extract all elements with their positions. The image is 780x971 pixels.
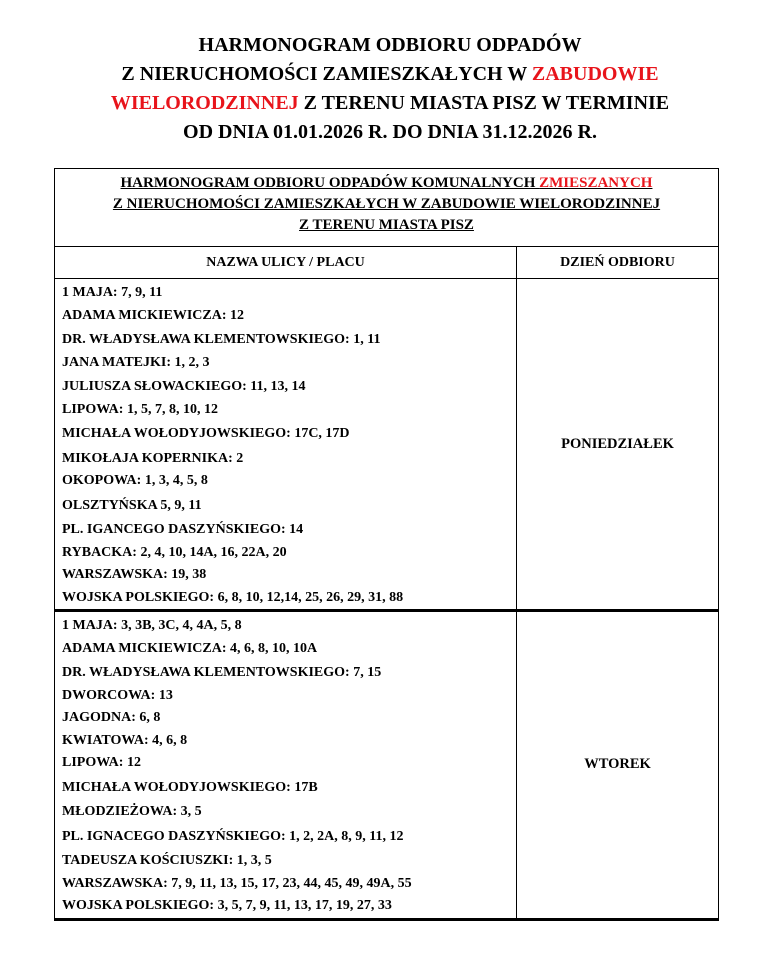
street-entry: DR. WŁADYSŁAWA KLEMENTOWSKIEGO: 1, 11 (62, 329, 516, 352)
collection-day: WTOREK (517, 611, 719, 920)
title-line-1: HARMONOGRAM ODBIORU ODPADÓW (0, 31, 780, 60)
street-entry: JAGODNA: 6, 8 (62, 707, 516, 730)
street-list: 1 MAJA: 7, 9, 11ADAMA MICKIEWICZA: 12DR.… (55, 279, 517, 611)
table-row: 1 MAJA: 3, 3B, 3C, 4, 4A, 5, 8ADAMA MICK… (55, 611, 719, 920)
street-entry: MŁODZIEŻOWA: 3, 5 (62, 801, 516, 824)
title-line-3: WIELORODZINNEJ Z TERENU MIASTA PISZ W TE… (0, 89, 780, 118)
schedule-table: HARMONOGRAM ODBIORU ODPADÓW KOMUNALNYCH … (54, 168, 719, 921)
street-entry: PL. IGNACEGO DASZYŃSKIEGO: 1, 2, 2A, 8, … (62, 826, 516, 849)
street-entry: MICHAŁA WOŁODYJOWSKIEGO: 17B (62, 777, 516, 800)
street-entry: 1 MAJA: 7, 9, 11 (62, 282, 516, 305)
street-list: 1 MAJA: 3, 3B, 3C, 4, 4A, 5, 8ADAMA MICK… (55, 611, 517, 920)
street-entry: MICHAŁA WOŁODYJOWSKIEGO: 17C, 17D (62, 423, 516, 446)
caption-line-1: HARMONOGRAM ODBIORU ODPADÓW KOMUNALNYCH … (55, 173, 718, 194)
column-header-day: DZIEŃ ODBIORU (517, 247, 719, 279)
street-entry: RYBACKA: 2, 4, 10, 14A, 16, 22A, 20 (62, 542, 516, 565)
title-line-2: Z NIERUCHOMOŚCI ZAMIESZKAŁYCH W ZABUDOWI… (0, 60, 780, 89)
street-entry: LIPOWA: 1, 5, 7, 8, 10, 12 (62, 399, 516, 422)
caption-text: HARMONOGRAM ODBIORU ODPADÓW KOMUNALNYCH (121, 175, 540, 191)
title-highlight: WIELORODZINNEJ (111, 92, 299, 114)
street-entry: MIKOŁAJA KOPERNIKA: 2 (62, 448, 516, 471)
street-entry: WOJSKA POLSKIEGO: 3, 5, 7, 9, 11, 13, 17… (62, 895, 516, 918)
street-entry: JULIUSZA SŁOWACKIEGO: 11, 13, 14 (62, 376, 516, 399)
caption-line-2: Z NIERUCHOMOŚCI ZAMIESZKAŁYCH W ZABUDOWI… (55, 194, 718, 215)
street-entry: ADAMA MICKIEWICZA: 12 (62, 305, 516, 328)
title-text: Z TERENU MIASTA PISZ W TERMINIE (299, 92, 669, 114)
caption-line-3: Z TERENU MIASTA PISZ (55, 215, 718, 236)
street-entry: JANA MATEJKI: 1, 2, 3 (62, 352, 516, 375)
street-entry: DWORCOWA: 13 (62, 685, 516, 708)
column-header-street: NAZWA ULICY / PLACU (55, 247, 517, 279)
title-highlight: ZABUDOWIE (532, 63, 659, 85)
caption-highlight: ZMIESZANYCH (539, 175, 652, 191)
table-caption: HARMONOGRAM ODBIORU ODPADÓW KOMUNALNYCH … (55, 169, 719, 247)
street-entry: WARSZAWSKA: 7, 9, 11, 13, 15, 17, 23, 44… (62, 873, 516, 896)
title-text: Z NIERUCHOMOŚCI ZAMIESZKAŁYCH W (121, 63, 531, 85)
street-entry: OLSZTYŃSKA 5, 9, 11 (62, 495, 516, 518)
title-date-range: OD DNIA 01.01.2026 R. DO DNIA 31.12.2026… (0, 118, 780, 147)
street-entry: 1 MAJA: 3, 3B, 3C, 4, 4A, 5, 8 (62, 615, 516, 638)
street-entry: TADEUSZA KOŚCIUSZKI: 1, 3, 5 (62, 850, 516, 873)
street-entry: KWIATOWA: 4, 6, 8 (62, 730, 516, 753)
table-row: 1 MAJA: 7, 9, 11ADAMA MICKIEWICZA: 12DR.… (55, 279, 719, 611)
street-entry: ADAMA MICKIEWICZA: 4, 6, 8, 10, 10A (62, 638, 516, 661)
street-entry: DR. WŁADYSŁAWA KLEMENTOWSKIEGO: 7, 15 (62, 662, 516, 685)
collection-day: PONIEDZIAŁEK (517, 279, 719, 611)
document-title: HARMONOGRAM ODBIORU ODPADÓW Z NIERUCHOMO… (0, 31, 780, 147)
street-entry: WARSZAWSKA: 19, 38 (62, 564, 516, 587)
street-entry: WOJSKA POLSKIEGO: 6, 8, 10, 12,14, 25, 2… (62, 587, 516, 610)
street-entry: PL. IGANCEGO DASZYŃSKIEGO: 14 (62, 519, 516, 542)
street-entry: LIPOWA: 12 (62, 752, 516, 775)
street-entry: OKOPOWA: 1, 3, 4, 5, 8 (62, 470, 516, 493)
